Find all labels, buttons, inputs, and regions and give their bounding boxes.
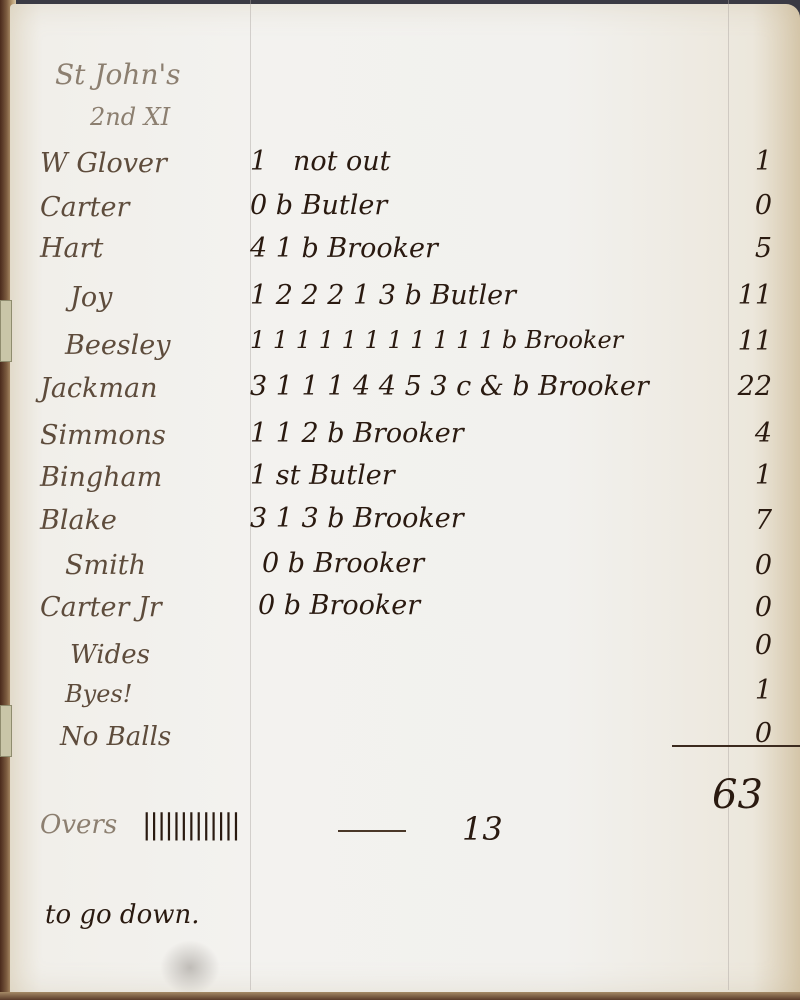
batsman-name: Smith (65, 550, 146, 581)
batsman-score: 0 (755, 592, 772, 623)
batsman-name: Jackman (40, 373, 158, 404)
runs-detail: 1 2 2 2 1 3 b Butler (250, 280, 516, 311)
runs-detail: 1 1 1 1 1 1 1 1 1 1 1 b Brooker (250, 326, 623, 354)
batsman-name: Bingham (40, 462, 162, 493)
overs-tally: ||||||||||||| (142, 808, 239, 841)
batsman-score: 0 (755, 550, 772, 581)
innings-total: 63 (712, 772, 763, 818)
overs-label: Overs (40, 810, 117, 840)
batsman-score: 11 (738, 280, 772, 311)
extras-label-byes: Byes! (65, 680, 132, 708)
batsman-name: Hart (40, 233, 103, 264)
batsman-name: Blake (40, 505, 117, 536)
runs-detail: 0 b Butler (250, 190, 387, 221)
runs-detail: 0 b Brooker (262, 548, 424, 579)
team-sub: 2nd XI (90, 103, 170, 131)
batsman-score: 0 (755, 190, 772, 221)
batsman-name: Carter Jr (40, 592, 162, 623)
batsman-score: 4 (755, 418, 772, 449)
batsman-score: 5 (755, 233, 772, 264)
extras-score-wides: 0 (755, 630, 772, 661)
batsman-score: 1 (755, 460, 772, 491)
team-name: St John's (55, 58, 181, 91)
runs-detail: 1 not out (250, 146, 391, 177)
batsman-score: 1 (755, 146, 772, 177)
extras-score-byes: 1 (755, 675, 772, 706)
column-rule-scores (728, 0, 729, 990)
batsman-name: Simmons (40, 420, 166, 451)
binding-tab (0, 705, 12, 757)
runs-detail: 3 1 1 1 4 4 5 3 c & b Brooker (250, 371, 649, 402)
batsman-score: 11 (738, 326, 772, 357)
total-underline (672, 745, 800, 747)
batsman-score: 22 (738, 371, 772, 402)
footnote: to go down. (45, 900, 200, 930)
ink-smudge (160, 940, 220, 995)
runs-detail: 3 1 3 b Brooker (250, 503, 464, 534)
batsman-name: W Glover (40, 148, 167, 179)
overs-dash (338, 830, 406, 832)
runs-detail: 1 1 2 b Brooker (250, 418, 464, 449)
batsman-name: Carter (40, 192, 129, 223)
runs-detail: 0 b Brooker (258, 590, 420, 621)
runs-detail: 4 1 b Brooker (250, 233, 438, 264)
book-bottom-edge (0, 992, 800, 1000)
batsman-name: Beesley (65, 330, 171, 361)
binding-tab (0, 300, 12, 362)
extras-label-wides: Wides (70, 640, 150, 670)
batsman-score: 7 (755, 505, 772, 536)
overs-count: 13 (462, 810, 503, 848)
runs-detail: 1 st Butler (250, 460, 395, 491)
extras-label-no-balls: No Balls (60, 722, 171, 752)
batsman-name: Joy (70, 282, 112, 313)
